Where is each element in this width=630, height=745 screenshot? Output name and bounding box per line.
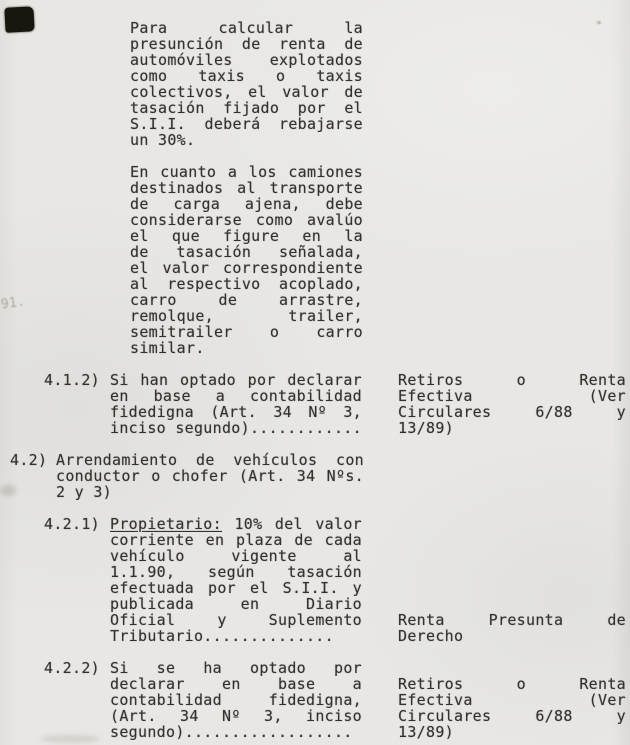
text-line: 2 y 3)	[56, 484, 364, 500]
text-line: 13/89)	[398, 420, 626, 436]
item-4-2-1-regime-note: Renta Presunta de Derecho	[398, 612, 626, 644]
text-line: tasación fijado por el	[130, 100, 363, 116]
text-line: declarar en base a	[110, 676, 362, 692]
text-line: vehículo vigente al	[110, 548, 362, 564]
intro-paragraph-1: Para calcular la presunción de renta de …	[130, 20, 363, 148]
text-line: en base a contabilidad	[110, 388, 362, 404]
item-4-2-2-text: Si se ha optado por declarar en base a c…	[110, 660, 362, 740]
text-line: el valor correspondiente	[130, 260, 363, 276]
text-line: al respectivo acoplado,	[130, 276, 363, 292]
text-line: remolque, trailer,	[130, 308, 363, 324]
text-line: contabilidad fidedigna,	[110, 692, 362, 708]
text-line: corriente en plaza de cada	[110, 532, 362, 548]
text-line: Derecho	[398, 628, 626, 644]
text-line: Efectiva (Ver	[398, 388, 626, 404]
text-line: Retiros o Renta	[398, 372, 626, 388]
text-line: de carga ajena, debe	[130, 196, 363, 212]
margin-handwriting-mark: 91.	[0, 294, 26, 313]
text-line: Arrendamiento de vehículos con	[56, 452, 364, 468]
scan-corner-ink-mark	[4, 6, 34, 32]
item-label-4-2-2: 4.2.2)	[44, 660, 100, 676]
scan-bottom-smudge	[40, 735, 100, 743]
text-line: Circulares 6/88 y	[398, 404, 626, 420]
text-line: semitrailer o carro	[130, 324, 363, 340]
text-line: presunción de renta de los	[130, 36, 363, 52]
item-label-4-2: 4.2)	[10, 452, 47, 468]
text-line: fidedigna (Art. 34 Nº 3,	[110, 404, 362, 420]
text-line: carro de arrastre,	[130, 292, 363, 308]
text-line: colectivos, el valor de	[130, 84, 363, 100]
text-line: Para calcular la	[130, 20, 363, 36]
scan-speck	[597, 21, 601, 24]
text-line: Si han optado por declarar	[110, 372, 362, 388]
text-line: S.I.I. deberá rebajarse en	[130, 116, 363, 132]
text-line: de tasación señalada, más	[130, 244, 363, 260]
text-line: un 30%.	[130, 132, 363, 148]
text-line: segundo)..................	[110, 724, 362, 740]
text-line: (Art. 34 Nº 3, inciso	[110, 708, 362, 724]
text-line: Oficial y Suplemento	[110, 612, 362, 628]
text-line: automóviles explotados	[130, 52, 363, 68]
text-line: 1.1.90, según tasación	[110, 564, 362, 580]
text-line: Si se ha optado por	[110, 660, 362, 676]
text-line: destinados al transporte	[130, 180, 363, 196]
item-4-2-1-text: Propietario: 10% del valor corriente en …	[110, 516, 362, 644]
margin-smudge-mark	[0, 485, 16, 496]
text-line: En cuanto a los camiones	[130, 164, 363, 180]
text-line: publicada en Diario	[110, 596, 362, 612]
text-line: efectuada por el S.I.I. y	[110, 580, 362, 596]
item-label-4-2-1: 4.2.1)	[44, 516, 100, 532]
text-line: Propietario: 10% del valor	[110, 516, 362, 532]
text-line: conductor o chofer (Art. 34 Nºs.	[56, 468, 364, 484]
item-4-1-2-regime-note: Retiros o Renta Efectiva (Ver Circulares…	[398, 372, 626, 436]
text-line: Renta Presunta de	[398, 612, 626, 628]
text-line: como taxis o taxis	[130, 68, 363, 84]
text-line: 13/89)	[398, 724, 626, 740]
text-line: Retiros o Renta	[398, 676, 626, 692]
text-line: Circulares 6/88 y	[398, 708, 626, 724]
text-line: inciso segundo)............	[110, 420, 362, 436]
intro-paragraph-2: En cuanto a los camiones destinados al t…	[130, 164, 363, 356]
text-line: Tributario..............	[110, 628, 362, 644]
text-line: similar.	[130, 340, 363, 356]
text-line: el que figure en la tabla	[130, 228, 363, 244]
item-label-4-1-2: 4.1.2)	[44, 372, 100, 388]
text-line: considerarse como avalúo	[130, 212, 363, 228]
item-4-2-text: Arrendamiento de vehículos con conductor…	[56, 452, 364, 500]
text-line-rest: 10% del valor	[222, 516, 362, 532]
underlined-term: Propietario:	[110, 516, 222, 532]
text-line: Efectiva (Ver	[398, 692, 626, 708]
item-4-1-2-text: Si han optado por declarar en base a con…	[110, 372, 362, 436]
item-4-2-2-regime-note: Retiros o Renta Efectiva (Ver Circulares…	[398, 676, 626, 740]
scanned-document-page: 91. Para calcular la presunción de renta…	[0, 0, 630, 745]
